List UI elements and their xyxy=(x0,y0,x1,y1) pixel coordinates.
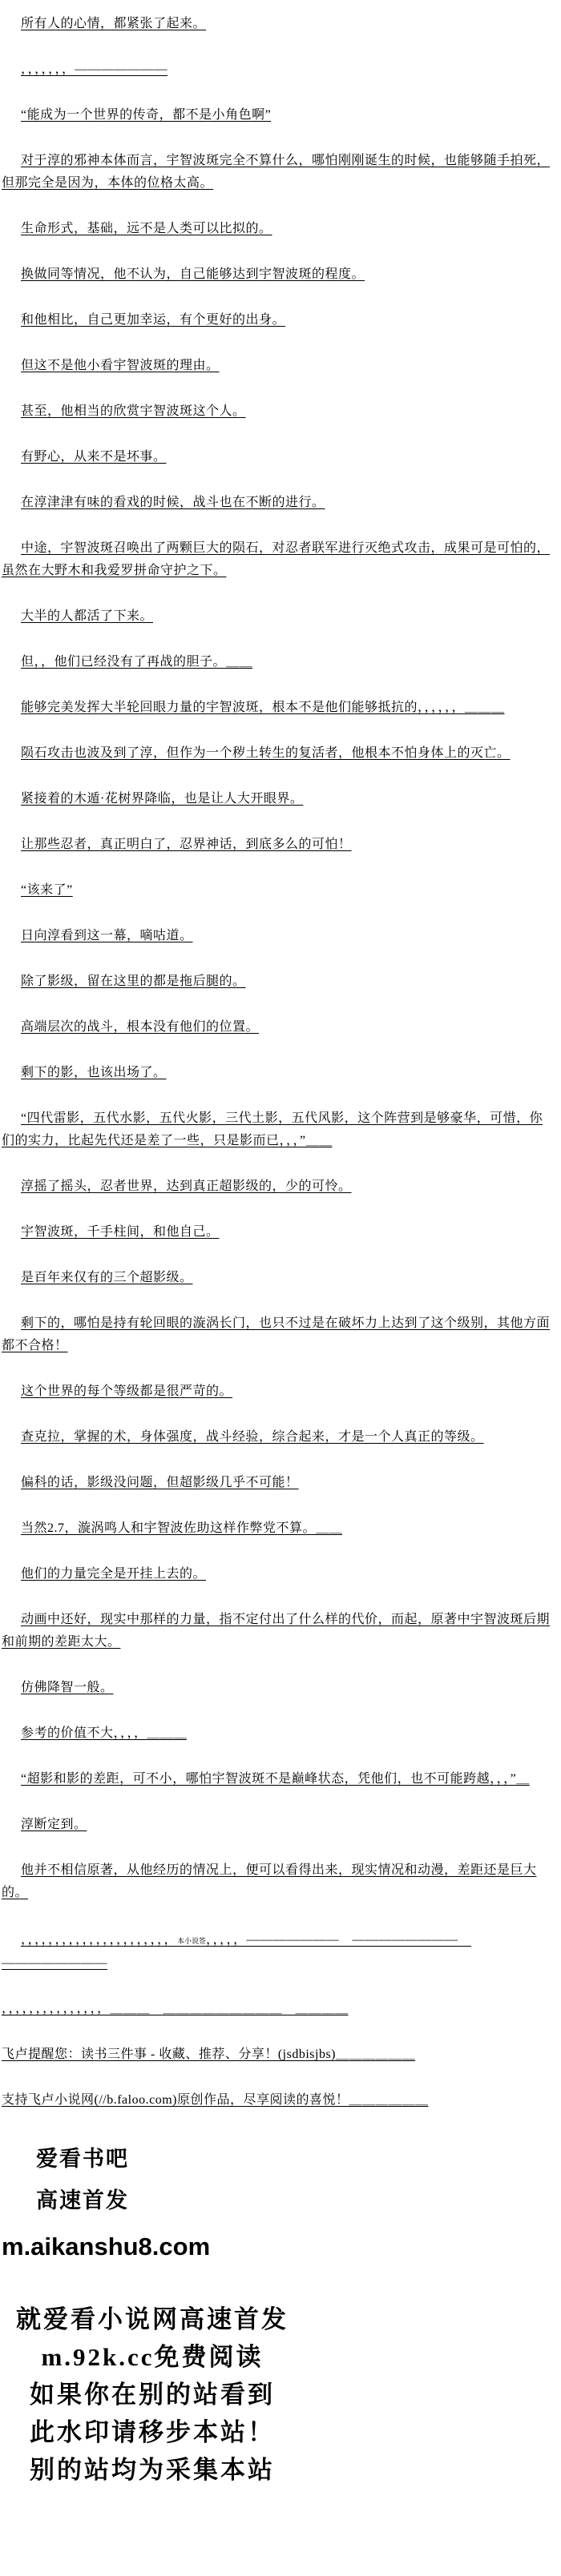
aikanshu-site-name: 爱看书吧 xyxy=(36,2147,561,2171)
aikanshu-promo-block: 爱看书吧 高速首发 m.aikanshu8.com xyxy=(0,2147,561,2261)
paragraph: 除了影级，留在这里的都是拖后腿的。 xyxy=(2,971,555,993)
paragraph: 仿佛降智一般。 xyxy=(2,1677,555,1699)
paragraph: 当然2.7，漩涡鸣人和宇智波佐助这样作弊党不算。＿＿ xyxy=(2,1517,555,1540)
paragraph: 高端层次的战斗，根本没有他们的位置。 xyxy=(2,1016,555,1039)
paragraph: 日向淳看到这一幕，嘀咕道。 xyxy=(2,925,555,947)
paragraph: 和他相比，自己更加幸运，有个更好的出身。 xyxy=(2,309,555,332)
paragraph: 陨石攻击也波及到了淳，但作为一个秽土转生的复活者，他根本不怕身体上的灭亡。 xyxy=(2,742,555,765)
watermark-line: m.92k.cc免费阅读 xyxy=(0,2338,305,2376)
paragraph: 动画中还好，现实中那样的力量，指不定付出了什么样的代价，而起，原著中宇智波斑后期… xyxy=(2,1609,555,1654)
paragraph: 宇智波斑，千手柱间，和他自己。 xyxy=(2,1221,555,1244)
watermark-line: 如果你在别的站看到 xyxy=(0,2376,305,2413)
novel-reader-page: { "page": { "background": "#ffffff", "te… xyxy=(0,0,561,2576)
separator-dots-long: ，，，，，，，，，，，，，，，，，，，，，，本小说签，，，，，——————— —… xyxy=(2,1929,555,1975)
separator-dots-long: ，，，，，，，，，，，，，，，＿＿＿ ＿＿＿＿＿＿＿＿＿ ＿＿＿＿ xyxy=(2,1998,555,2020)
paragraph: “该来了” xyxy=(2,879,555,902)
paragraph: 这个世界的每个等级都是很严苛的。 xyxy=(2,1380,555,1403)
separator-dots: ，，，，，，，——————— xyxy=(2,58,555,81)
paragraph: 参考的价值不大，，，，＿＿＿ xyxy=(2,1722,555,1745)
paragraph: 剩下的，哪怕是持有轮回眼的漩涡长门，也只不过是在破坏力上达到了这个级别，其他方面… xyxy=(2,1312,555,1357)
watermark-line: 别的站均为采集本站 xyxy=(0,2451,305,2489)
paragraph: 他们的力量完全是开挂上去的。 xyxy=(2,1563,555,1585)
paragraph: 换做同等情况，他不认为，自己能够达到宇智波斑的程度。 xyxy=(2,263,555,286)
paragraph: 生命形式，基础，远不是人类可以比拟的。 xyxy=(2,218,555,240)
watermark-line: 此水印请移步本站！ xyxy=(0,2413,305,2451)
paragraph: “四代雷影，五代水影，五代火影，三代土影，五代风影，这个阵营到是够豪华，可惜，你… xyxy=(2,1107,555,1152)
paragraph: 偏科的话，影级没问题，但超影级几乎不可能！ xyxy=(2,1472,555,1494)
paragraph: 但这不是他小看宇智波斑的理由。 xyxy=(2,355,555,377)
paragraph: 但，，他们已经没有了再战的胆子。＿＿ xyxy=(2,651,555,673)
paragraph: 对于淳的邪神本体而言，宇智波斑完全不算什么，哪怕刚刚诞生的时候，也能够随手拍死，… xyxy=(2,150,555,195)
paragraph: 在淳津津有味的看戏的时候，战斗也在不断的进行。 xyxy=(2,492,555,514)
aikanshu-tagline: 高速首发 xyxy=(36,2188,561,2212)
novel-text-body: 所有人的心情，都紧张了起来。，，，，，，，———————“能成为一个世界的传奇，… xyxy=(0,0,561,2112)
paragraph: 淳断定到。 xyxy=(2,1814,555,1836)
watermark-line: 就爱看小说网高速首发 xyxy=(0,2301,305,2338)
paragraph: 大半的人都活了下来。 xyxy=(2,605,555,628)
anti-piracy-watermark: 就爱看小说网高速首发m.92k.cc免费阅读如果你在别的站看到此水印请移步本站！… xyxy=(0,2301,305,2489)
paragraph: 有野心，从来不是坏事。 xyxy=(2,446,555,468)
faloo-reminder: 飞卢提醒您：读书三件事 - 收藏、推荐、分享！(jsdbisjbs)＿＿＿＿＿＿ xyxy=(2,2044,555,2066)
paragraph: “超影和影的差距，可不小，哪怕宇智波斑不是巅峰状态，凭他们，也不可能跨越，，，”… xyxy=(2,1768,555,1790)
tiny-watermark-text: 本小说签 xyxy=(177,1937,206,1945)
paragraph: 查克拉，掌握的术，身体强度，战斗经验，综合起来，才是一个人真正的等级。 xyxy=(2,1426,555,1449)
paragraph: 是百年来仅有的三个超影级。 xyxy=(2,1267,555,1289)
paragraph: 中途，宇智波斑召唤出了两颗巨大的陨石，对忍者联军进行灭绝式攻击，成果可是可怕的，… xyxy=(2,537,555,582)
paragraph: 他并不相信原著，从他经历的情况上，便可以看得出来，现实情况和动漫，差距还是巨大的… xyxy=(2,1859,555,1904)
paragraph: 剩下的影，也该出场了。 xyxy=(2,1062,555,1084)
aikanshu-site-url[interactable]: m.aikanshu8.com xyxy=(2,2233,561,2261)
paragraph: 能够完美发挥大半轮回眼力量的宇智波斑，根本不是他们能够抵抗的，，，，，，＿＿＿ xyxy=(2,697,555,719)
paragraph: 所有人的心情，都紧张了起来。 xyxy=(2,13,555,35)
faloo-support: 支持飞卢小说网(//b.faloo.com)原创作品，尽享阅读的喜悦！＿＿＿＿＿… xyxy=(2,2089,555,2112)
paragraph: 让那些忍者，真正明白了，忍界神话，到底多么的可怕！ xyxy=(2,834,555,856)
paragraph: 淳摇了摇头，忍者世界，达到真正超影级的，少的可怜。 xyxy=(2,1175,555,1198)
paragraph: 甚至，他相当的欣赏宇智波斑这个人。 xyxy=(2,400,555,423)
paragraph: 紧接着的木遁·花树界降临，也是让人大开眼界。 xyxy=(2,788,555,810)
paragraph: “能成为一个世界的传奇，都不是小角色啊” xyxy=(2,104,555,127)
